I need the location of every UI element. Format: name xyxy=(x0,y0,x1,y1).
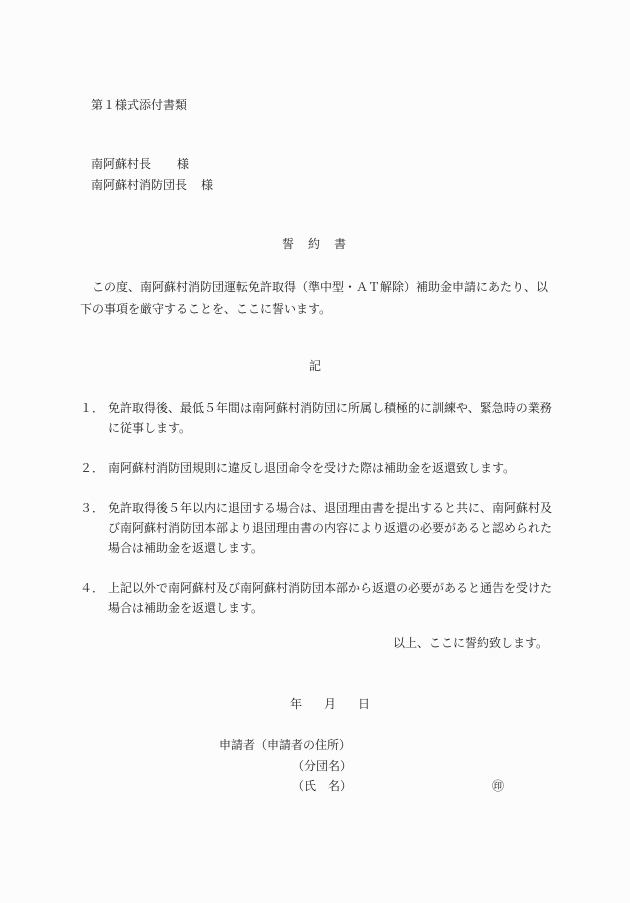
pledge-text: 免許取得後５年以内に退団する場合は、退団理由書を提出すると共に、南阿蘇村及び南阿… xyxy=(108,501,552,555)
date-line: 年月日 xyxy=(290,697,370,711)
pledge-text: 免許取得後、最低５年間は南阿蘇村消防団に所属し積極的に訓練や、緊急時の業務に従事… xyxy=(108,401,552,435)
ki-heading: 記 xyxy=(0,359,630,373)
applicant-branch-label: （分団名） xyxy=(292,759,352,773)
intro-paragraph: この度、南阿蘇村消防団運転免許取得（準中型・ＡＴ解除）補助金申請にあたり、以下の… xyxy=(80,276,555,320)
addressee-village-head: 南阿蘇村長様 xyxy=(91,157,189,171)
applicant-name-label: （氏 名） xyxy=(292,779,352,793)
pledge-number: １． xyxy=(80,398,108,418)
pledge-text: 南阿蘇村消防団規則に違反し退団命令を受けた際は補助金を返還致します。 xyxy=(108,461,515,475)
addressee-name: 南阿蘇村消防団長 xyxy=(91,178,187,192)
date-day-label: 日 xyxy=(358,697,370,711)
pledge-number: ３． xyxy=(80,498,108,518)
seal-icon: ㊞ xyxy=(492,779,504,793)
pledge-list: １． 免許取得後、最低５年間は南阿蘇村消防団に所属し積極的に訓練や、緊急時の業務… xyxy=(80,398,555,638)
pledge-number: ２． xyxy=(80,458,108,478)
addressee-fire-chief: 南阿蘇村消防団長様 xyxy=(91,178,213,192)
form-label: 第１様式添付書類 xyxy=(91,98,187,112)
addressee-honorific: 様 xyxy=(201,178,213,192)
addressee-honorific: 様 xyxy=(177,157,189,171)
date-month-label: 月 xyxy=(324,697,336,711)
closing-statement: 以上、ここに誓約致します。 xyxy=(393,636,548,650)
date-year-label: 年 xyxy=(290,697,302,711)
pledge-item: ４． 上記以外で南阿蘇村及び南阿蘇村消防団本部から返還の必要があると通告を受けた… xyxy=(80,578,555,618)
pledge-number: ４． xyxy=(80,578,108,598)
pledge-item: ２． 南阿蘇村消防団規則に違反し退団命令を受けた際は補助金を返還致します。 xyxy=(80,458,555,478)
pledge-item: １． 免許取得後、最低５年間は南阿蘇村消防団に所属し積極的に訓練や、緊急時の業務… xyxy=(80,398,555,438)
applicant-address-label: 申請者（申請者の住所） xyxy=(219,738,351,752)
addressee-name: 南阿蘇村長 xyxy=(91,157,151,171)
document-title: 誓約書 xyxy=(0,237,630,251)
pledge-text: 上記以外で南阿蘇村及び南阿蘇村消防団本部から返還の必要があると通告を受けた場合は… xyxy=(108,581,552,615)
pledge-item: ３． 免許取得後５年以内に退団する場合は、退団理由書を提出すると共に、南阿蘇村及… xyxy=(80,498,555,558)
